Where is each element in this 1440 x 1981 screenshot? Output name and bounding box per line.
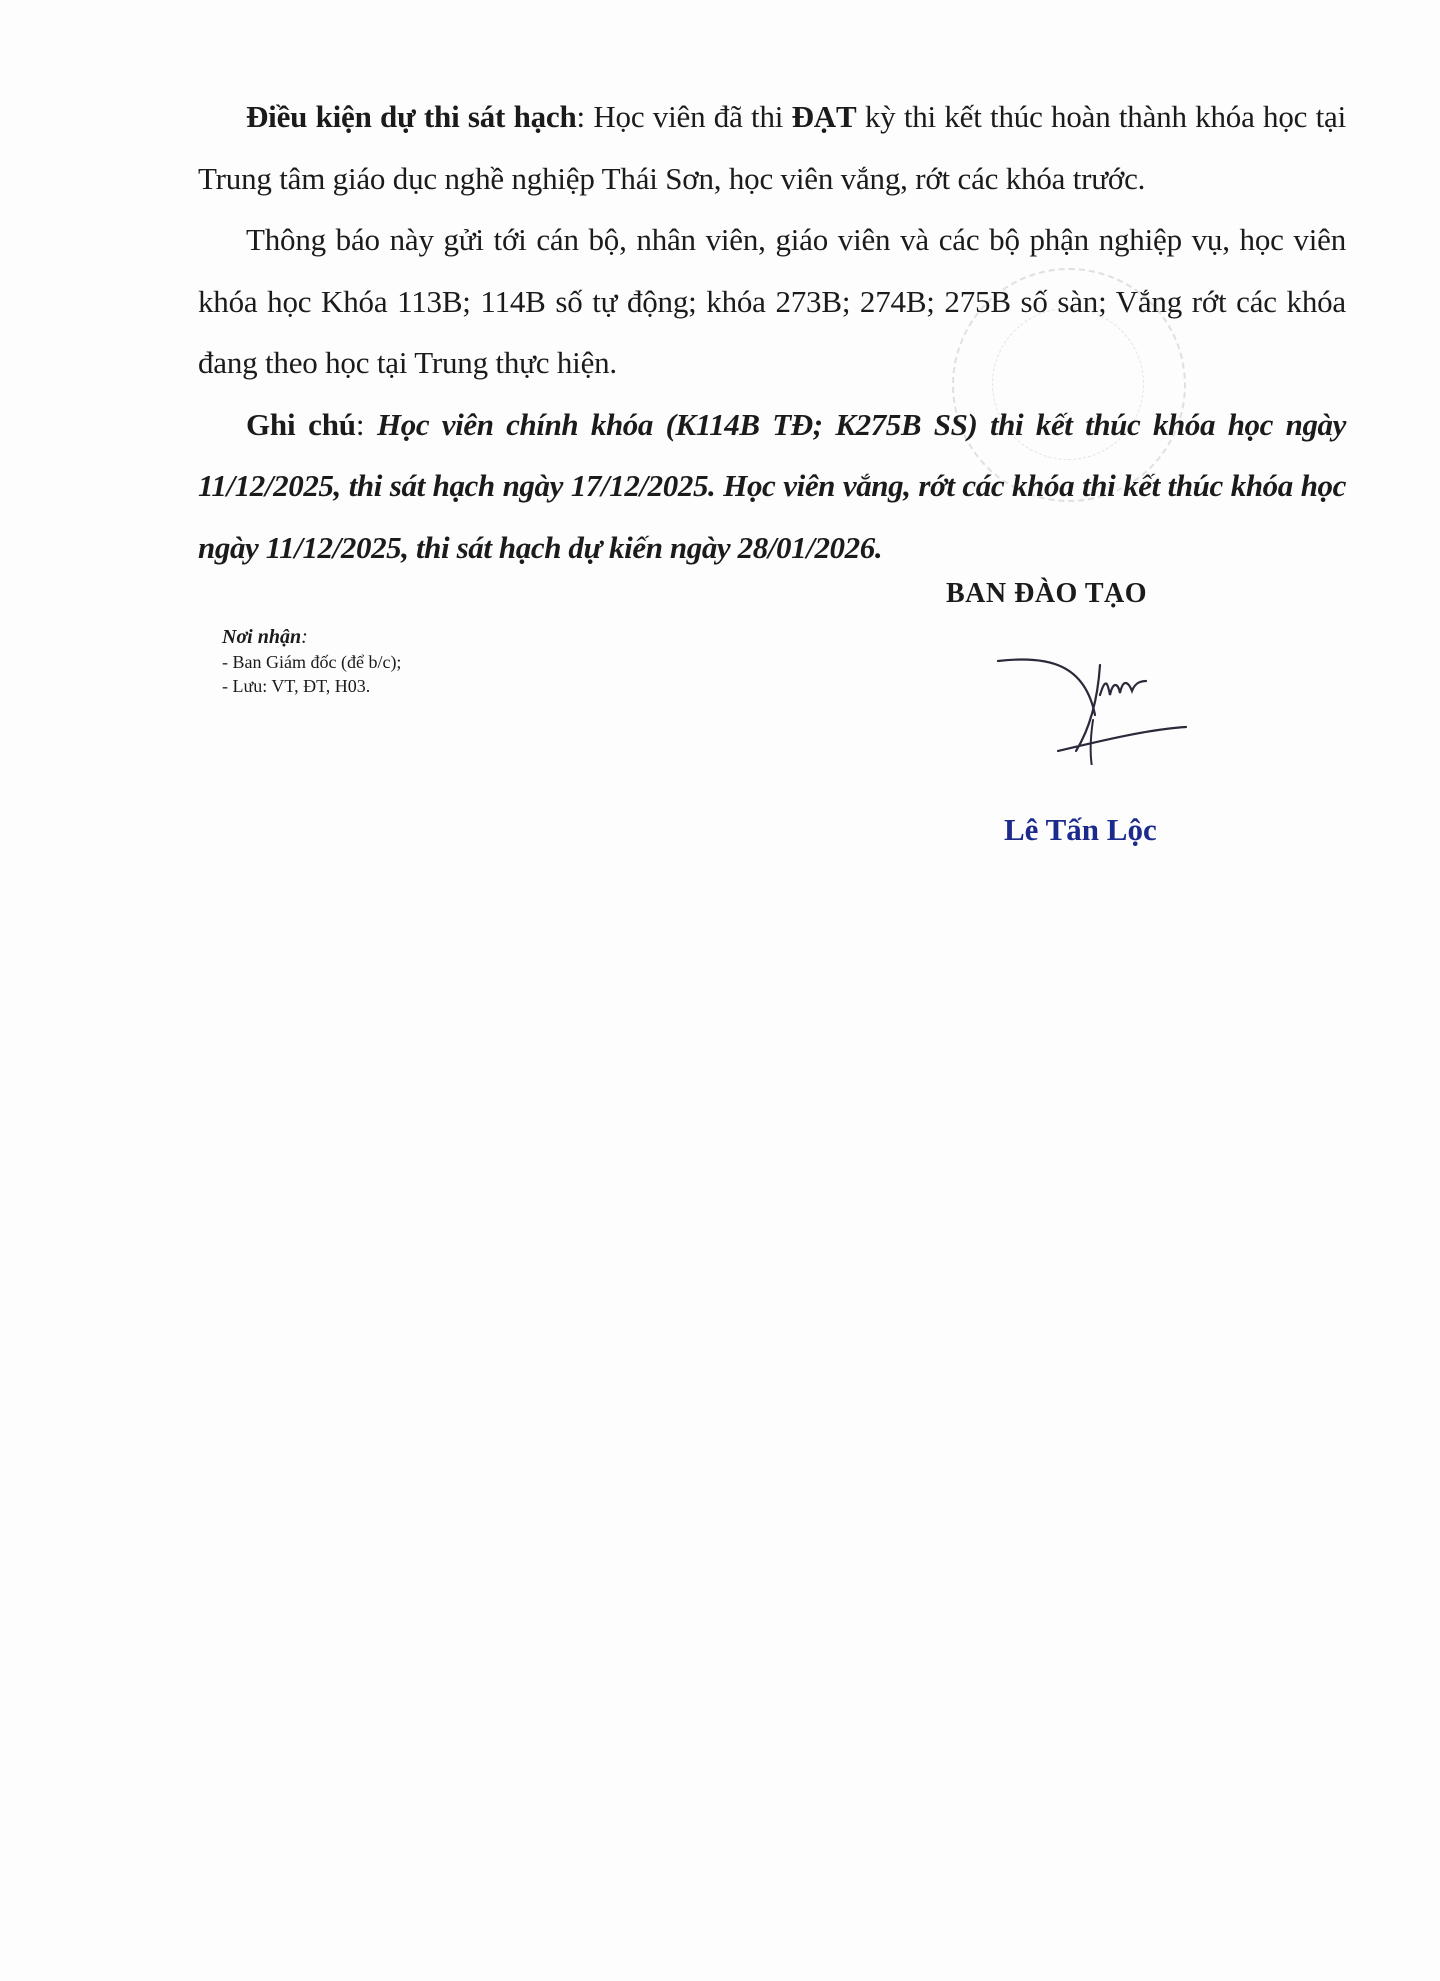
signer-name: Lê Tấn Lộc	[1004, 812, 1157, 848]
exam-eligibility-paragraph: Điều kiện dự thi sát hạch: Học viên đã t…	[198, 86, 1346, 209]
exam-eligibility-label: Điều kiện dự thi sát hạch	[246, 99, 577, 134]
signing-department: BAN ĐÀO TẠO	[946, 578, 1147, 610]
notice-recipients-paragraph: Thông báo này gửi tới cán bộ, nhân viên,…	[198, 209, 1346, 394]
document-body: Điều kiện dự thi sát hạch: Học viên đã t…	[198, 86, 1346, 578]
recipients-title: Nơi nhận:	[222, 624, 401, 650]
recipient-item: - Lưu: VT, ĐT, H03.	[222, 674, 401, 698]
note-label: Ghi chú	[246, 407, 356, 442]
recipients-block: Nơi nhận: - Ban Giám đốc (để b/c); - Lưu…	[222, 624, 401, 698]
note-paragraph: Ghi chú: Học viên chính khóa (K114B TĐ; …	[198, 394, 1346, 579]
exam-eligibility-text-1: : Học viên đã thi	[577, 99, 792, 134]
handwritten-signature-icon	[990, 655, 1190, 765]
note-separator: :	[356, 407, 377, 442]
recipient-item: - Ban Giám đốc (để b/c);	[222, 650, 401, 674]
recipients-title-colon: :	[301, 626, 308, 648]
pass-keyword: ĐẠT	[792, 99, 857, 134]
document-page: Điều kiện dự thi sát hạch: Học viên đã t…	[0, 0, 1440, 1981]
recipients-title-text: Nơi nhận	[222, 626, 301, 648]
